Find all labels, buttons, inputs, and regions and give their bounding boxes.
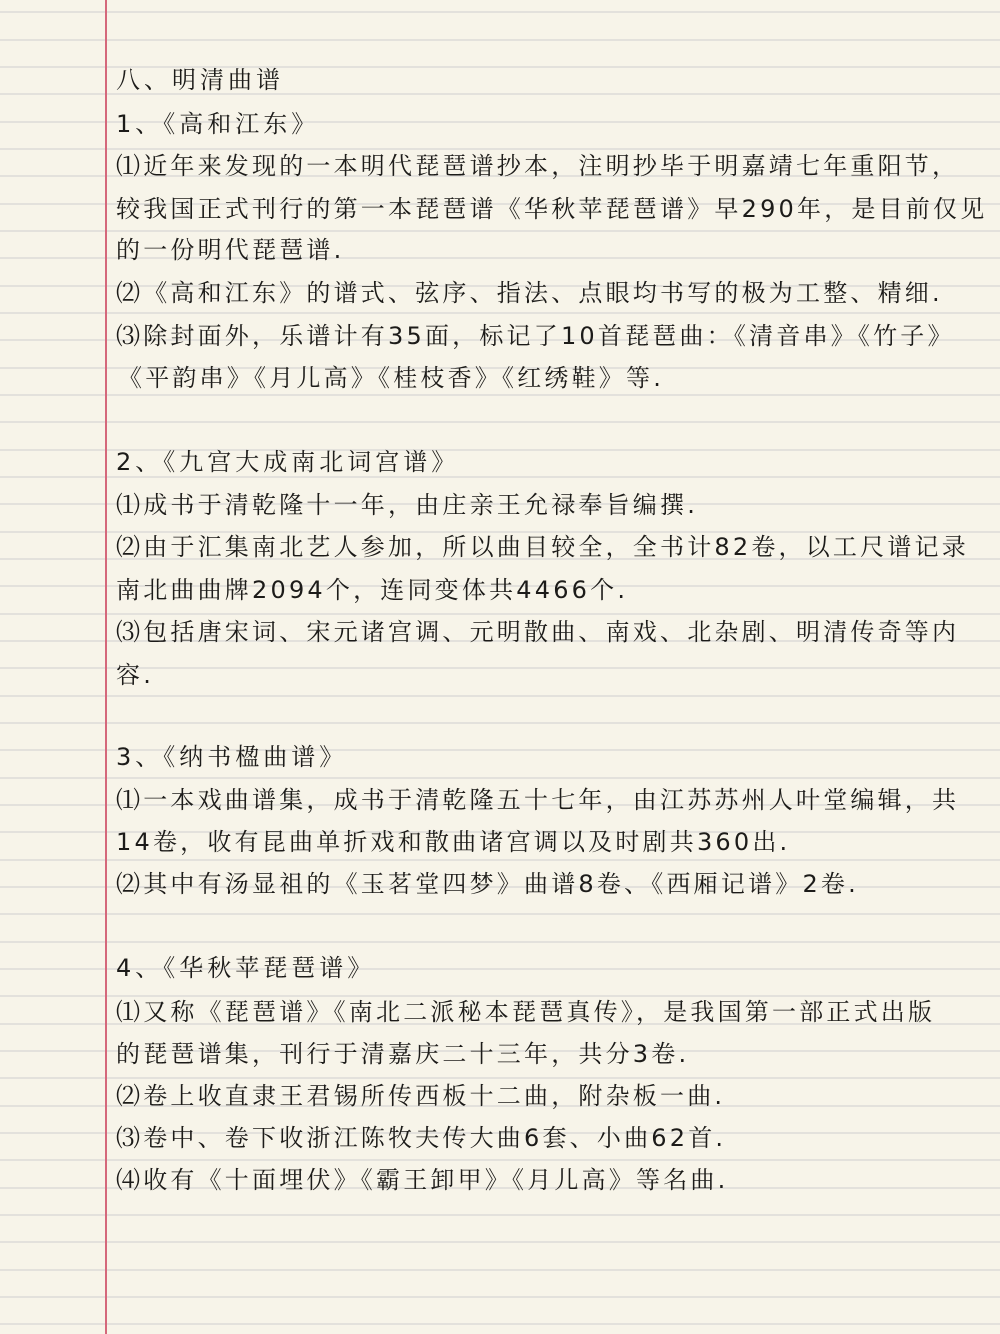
rule-line [0, 1159, 1000, 1161]
rule-line [0, 777, 1000, 779]
note-line: ⑵《高和江东》的谱式、弦序、指法、点眼均书写的极为工整、精细. [116, 278, 943, 308]
note-line: ⑴近年来发现的一本明代琵琶谱抄本，注明抄毕于明嘉靖七年重阳节， [116, 151, 959, 181]
notebook-page: 八、明清曲谱 1、《高和江东》 ⑴近年来发现的一本明代琵琶谱抄本，注明抄毕于明嘉… [0, 0, 1000, 1334]
rule-line [0, 859, 1000, 861]
rule-line [0, 1077, 1000, 1079]
section-heading: 3、《纳书楹曲谱》 [116, 742, 347, 772]
rule-line [0, 230, 1000, 232]
note-line: 的一份明代琵琶谱. [116, 235, 344, 265]
note-line: 的琵琶谱集，刊行于清嘉庆二十三年，共分3卷. [116, 1039, 689, 1069]
note-line: ⑴又称《琵琶谱》《南北二派秘本琵琶真传》，是我国第一部正式出版 [116, 997, 935, 1027]
rule-line [0, 148, 1000, 150]
note-line: ⑷收有《十面埋伏》《霸王卸甲》《月儿高》等名曲. [116, 1165, 728, 1195]
note-line: ⑵由于汇集南北艺人参加，所以曲目较全，全书计82卷，以工尺谱记录 [116, 532, 969, 562]
rule-line [0, 394, 1000, 396]
section-heading: 1、《高和江东》 [116, 109, 319, 139]
note-line: 南北曲曲牌2094个，连同变体共4466个. [116, 575, 628, 605]
note-line: ⑶包括唐宋词、宋元诸宫调、元明散曲、南戏、北杂剧、明清传奇等内 [116, 617, 959, 647]
rule-line [0, 1241, 1000, 1243]
rule-line [0, 1296, 1000, 1298]
rule-line [0, 613, 1000, 615]
note-line: ⑶卷中、卷下收浙江陈牧夫传大曲6套、小曲62首. [116, 1123, 726, 1153]
rule-line [0, 39, 1000, 41]
rule-line [0, 1269, 1000, 1271]
note-line: ⑶除封面外，乐谱计有35面，标记了10首琵琶曲：《清音串》《竹子》 [116, 321, 955, 351]
note-line: ⑴成书于清乾隆十一年，由庄亲王允禄奉旨编撰. [116, 490, 698, 520]
rule-line [0, 1323, 1000, 1325]
margin-line [105, 0, 107, 1334]
note-line: ⑴一本戏曲谱集，成书于清乾隆五十七年，由江苏苏州人叶堂编辑，共 [116, 785, 959, 815]
rule-line [0, 722, 1000, 724]
rule-line [0, 421, 1000, 423]
note-line: 容. [116, 660, 154, 690]
note-line: 《平韵串》《月儿高》《桂枝香》《红绣鞋》等. [118, 363, 664, 393]
note-line: 较我国正式刊行的第一本琵琶谱《华秋苹琵琶谱》早290年，是目前仅见 [116, 194, 987, 224]
note-line: ⑵卷上收直隶王君锡所传西板十二曲，附杂板一曲. [116, 1081, 725, 1111]
note-line: ⑵其中有汤显祖的《玉茗堂四梦》曲谱8卷、《西厢记谱》2卷. [116, 869, 859, 899]
section-heading: 2、《九宫大成南北词宫谱》 [116, 447, 459, 477]
rule-line [0, 1214, 1000, 1216]
note-line: 14卷，收有昆曲单折戏和散曲诸宫调以及时剧共360出. [116, 827, 790, 857]
page-title: 八、明清曲谱 [116, 65, 284, 95]
rule-line [0, 312, 1000, 314]
rule-line [0, 11, 1000, 13]
rule-line [0, 695, 1000, 697]
rule-line [0, 941, 1000, 943]
rule-line [0, 913, 1000, 915]
section-heading: 4、《华秋苹琵琶谱》 [116, 953, 375, 983]
